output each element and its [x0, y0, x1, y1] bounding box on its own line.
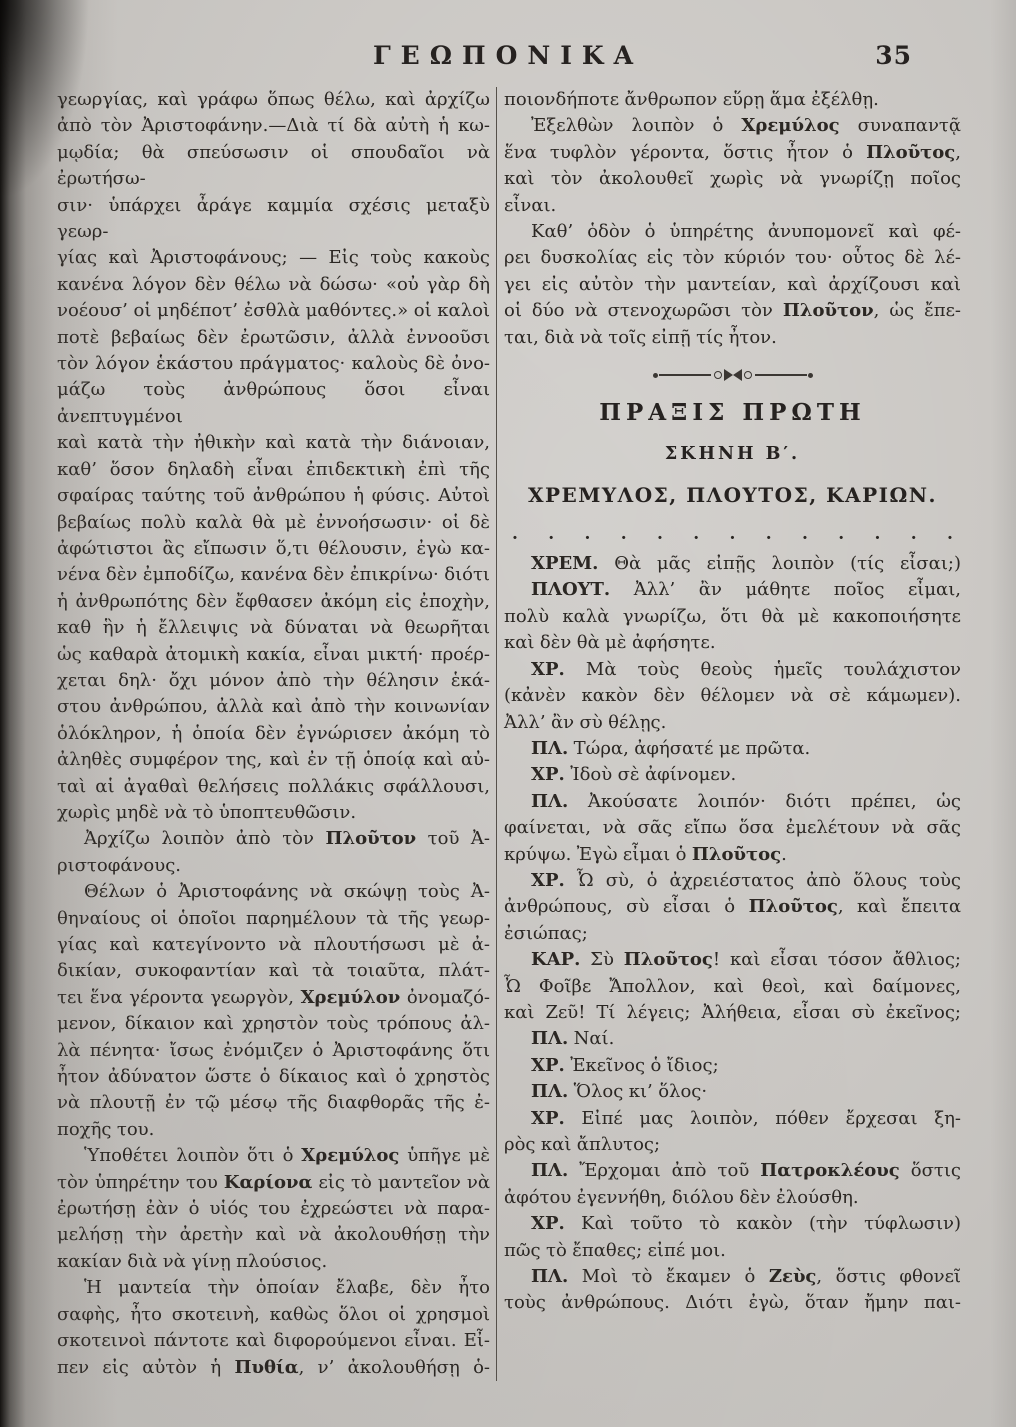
text-line: λὰ πένητα· ἴσως ἐνόμιζεν ὁ Ἀριστοφάνης ὅ… [57, 1038, 490, 1064]
text-run: Μὰ τοὺς θεοὺς ἡμεῖς τουλάχιστον [565, 659, 961, 680]
text-run: ἦτον ἀδύνατον ὥστε ὁ δίκαιος καὶ ὁ χρηστ… [57, 1066, 490, 1087]
ellipsis-dots-row: ............. [504, 525, 961, 543]
text-line: Ἐξελθὼν λοιπὸν ὁ Χρεμύλος συναπαντᾷ [504, 113, 961, 139]
text-run: Ἀλλ’ ἂν σὺ θέλῃς. [504, 712, 666, 733]
emphasized-name: Ζεὺς [769, 1266, 817, 1287]
emphasized-name: ΧΡ. [531, 1108, 565, 1129]
text-line: Ὦ Φοῖβε Ἄπολλον, καὶ θεοὶ, καὶ δαίμονες, [504, 974, 961, 1000]
text-run: θηναίους οἱ ὁποῖοι παρημέλουν τὰ τῆς γεω… [57, 908, 490, 929]
text-run: Ἐκεῖνος ὁ ἴδιος; [565, 1055, 719, 1076]
paragraph: Ἀρχίζω λοιπὸν ἀπὸ τὸν Πλοῦτον τοῦ Ἀ-ριστ… [57, 826, 490, 879]
text-line: πῶς τὸ ἔπαθες; εἰπέ μοι. [504, 1238, 961, 1264]
text-line: ἀφότου ἐγεννήθη, διόλου δὲν ἐλούσθη. [504, 1185, 961, 1211]
text-run: τει ἕνα γέροντα γεωργὸν, [57, 987, 301, 1008]
text-line: καθ ἣν ἡ ἔλλειψις νὰ δύναται νὰ θεωρῆται [57, 615, 490, 641]
text-line: ΠΛ. Ὅλος κι’ ὅλος· [504, 1079, 961, 1105]
text-run: σιν· ὑπάρχει ἆράγε καμμία σχέσις μεταξὺ … [57, 195, 490, 242]
text-run: . [781, 844, 787, 865]
paragraph: Ἐξελθὼν λοιπὸν ὁ Χρεμύλος συναπαντᾷἕνα τ… [504, 113, 961, 219]
text-line: ἕνα τυφλὸν γέροντα, ὅστις ἦτον ὁ Πλοῦτος… [504, 140, 961, 166]
text-run: σκοτεινοὶ πάντοτε καὶ διφορούμενοι εἶναι… [57, 1330, 490, 1351]
text-line: γίας καὶ κατεγίνοντο νὰ πλουτήσωσι μὲ ἀ- [57, 932, 490, 958]
emphasized-name: ΠΛ. [531, 1160, 568, 1181]
text-run: Ὦ Φοῖβε Ἄπολλον, καὶ θεοὶ, καὶ δαίμονες, [504, 976, 961, 997]
text-line: γεωργίας, καὶ γράφω ὅπως θέλω, καὶ ἀρχίζ… [57, 87, 490, 113]
text-run: χεται δηλ· ὄχι μόνον ἀπὸ τὴν θέλησιν ἑκά… [57, 670, 490, 691]
ornament-part [755, 374, 807, 376]
text-line: νοέουσ’ οἱ μηδέποτ’ ἐσθλὰ μαθόντες.» οἱ … [57, 298, 490, 324]
paragraph: Καθ’ ὁδὸν ὁ ὑπηρέτης ἀνυπομονεῖ καὶ φέ-ρ… [504, 219, 961, 351]
text-run: τοῦ Ἀ- [416, 828, 490, 849]
text-run: Ἐξελθὼν λοιπὸν ὁ [531, 115, 741, 136]
emphasized-name: ΠΛ. [531, 791, 568, 812]
text-run: Θέλων ὁ Ἀριστοφάνης νὰ σκώψῃ τοὺς Ἀ- [84, 881, 490, 902]
text-run: πεν εἰς αὐτὸν ἡ [57, 1357, 235, 1378]
text-line: ΧΡ. Ἰδοὺ σὲ ἀφίνομεν. [504, 762, 961, 788]
text-line: καὶ κατὰ τὴν ἠθικὴν καὶ κατὰ τὴν διάνοια… [57, 430, 490, 456]
text-run: οἱ δύο νὰ στενοχωρῶσι τὸν [504, 300, 783, 321]
text-run: κακίαν διὰ νὰ γίνῃ πλούσιος. [57, 1251, 327, 1272]
emphasized-name: ΧΡ. [531, 764, 565, 785]
emphasized-name: Χρεμύλον [301, 987, 401, 1008]
paragraph: ΚΑΡ. Σὺ Πλοῦτος! καὶ εἶσαι τόσον ἄθλιος;… [504, 947, 961, 1026]
text-run: γει εἰς αὐτὸν τὴν μαντείαν, καὶ ἀρχίζουσ… [504, 274, 961, 295]
emphasized-name: Πλοῦτος [692, 844, 781, 865]
scene-heading: ΣΚΗΝΗ Β′. [504, 442, 961, 466]
text-run: Ὅλος κι’ ὅλος· [568, 1081, 707, 1102]
text-run: τὸν ὑπηρέτην του [57, 1172, 224, 1193]
text-line: καὶ δὲν θὰ μὲ ἀφήσητε. [504, 630, 961, 656]
emphasized-name: Πλοῦτον [783, 300, 874, 321]
text-line: ΧΡ. Εἰπέ μας λοιπὸν, πόθεν ἔρχεσαι ξη- [504, 1106, 961, 1132]
text-run: καὶ δὲν θὰ μὲ ἀφήσητε. [504, 632, 716, 653]
text-line: οἱ δύο νὰ στενοχωρῶσι τὸν Πλοῦτον, ὡς ἔπ… [504, 298, 961, 324]
paragraph: γεωργίας, καὶ γράφω ὅπως θέλω, καὶ ἀρχίζ… [57, 87, 490, 826]
emphasized-name: ΧΡ. [531, 1055, 565, 1076]
text-line: ἐσιώπας; [504, 921, 961, 947]
text-line: Ἡ μαντεία τὴν ὁποίαν ἔλαβε, δὲν ἦτο [57, 1275, 490, 1301]
emphasized-name: Χρεμύλος [301, 1145, 399, 1166]
text-line: ρὸς καὶ ἄπλυτος; [504, 1132, 961, 1158]
text-line: καὶ Ζεῦ! Τί λέγεις; Ἀλήθεια, εἶσαι σὺ ἐκ… [504, 1000, 961, 1026]
text-run: νὰ πλουτῇ ἐν τῷ μέσῳ τῆς διαφθορᾶς τῆς ἐ… [57, 1092, 490, 1113]
text-line: ἀληθὲς συμφέρον της, καὶ ἐν τῇ ὁποίᾳ καὶ… [57, 747, 490, 773]
text-run: γεωργίας, καὶ γράφω ὅπως θέλω, καὶ ἀρχίζ… [57, 89, 490, 110]
page-edge-shade [990, 0, 1016, 1427]
text-line: ἦτον ἀδύνατον ὥστε ὁ δίκαιος καὶ ὁ χρηστ… [57, 1064, 490, 1090]
emphasized-name: Καρίονα [224, 1172, 313, 1193]
emphasized-name: ΧΡΕΜ. [531, 553, 598, 574]
text-line: σκοτεινοὶ πάντοτε καὶ διφορούμενοι εἶναι… [57, 1328, 490, 1354]
emphasized-name: Χρεμύλος [741, 115, 839, 136]
text-run: Σὺ [580, 949, 623, 970]
text-line: πολὺ καλὰ γνωρίζω, ὅτι θὰ μὲ κακοποιήσητ… [504, 604, 961, 630]
text-line: σαφὴς, ἦτο σκοτεινὴ, καθὼς ὅλοι οἱ χρησμ… [57, 1302, 490, 1328]
text-columns: γεωργίας, καὶ γράφω ὅπως θέλω, καὶ ἀρχίζ… [57, 87, 961, 1381]
text-line: ΠΛΟΥΤ. Ἀλλ’ ἂν μάθητε ποῖος εἶμαι, [504, 577, 961, 603]
paragraph: ποιονδήποτε ἄνθρωπον εὕρῃ ἅμα ἐξέλθῃ. [504, 87, 961, 113]
text-line: νένα δὲν ἐμποδίζω, κανένα δὲν ἐπικρίνω· … [57, 562, 490, 588]
text-run: ται, διὰ νὰ τοῖς εἰπῇ τίς ἦτον. [504, 327, 777, 348]
text-run: ! καὶ εἶσαι τόσον ἄθλιος; [713, 949, 961, 970]
dot-glyph: . [657, 525, 663, 543]
text-line: μάζω τοὺς ἀνθρώπους ὅσοι εἶναι ἀνεπτυγμέ… [57, 377, 490, 430]
text-run: μάζω τοὺς ἀνθρώπους ὅσοι εἶναι ἀνεπτυγμέ… [57, 379, 490, 426]
paragraph: ΧΡ. Ὦ σὺ, ὁ ἀχρειέστατος ἀπὸ ὅλους τοὺςἀ… [504, 868, 961, 947]
text-run: , καὶ ἔπειτα [838, 896, 961, 917]
ornament-part [653, 373, 658, 378]
text-line: ΧΡΕΜ. Θὰ μᾶς εἰπῇς λοιπὸν (τίς εἶσαι;) [504, 551, 961, 577]
text-run: ὅστις [900, 1160, 961, 1181]
text-line: μελήσῃ τὴν ἀρετὴν καὶ νὰ ἀκολουθήσῃ τὴν [57, 1222, 490, 1248]
text-run: καθ’ ὅσον δηλαδὴ εἶναι ἐπιδεκτικὴ ἐπὶ τῆ… [57, 459, 490, 480]
dot-glyph: . [585, 525, 591, 543]
text-line: ποχῆς του. [57, 1117, 490, 1143]
paragraph: ΧΡΕΜ. Θὰ μᾶς εἰπῇς λοιπὸν (τίς εἶσαι;) [504, 551, 961, 577]
text-run: Ἔρχομαι ἀπὸ τοῦ [568, 1160, 760, 1181]
emphasized-name: ΠΛ. [531, 1266, 568, 1287]
text-run: Ἀλλ’ ἂν μάθητε ποῖος εἶμαι, [610, 579, 961, 600]
text-run: ἀφώτιστοι ἂς εἴπωσιν ὅ,τι θέλουσιν, ἐγὼ … [57, 538, 490, 559]
text-run: σαφὴς, ἦτο σκοτεινὴ, καθὼς ὅλοι οἱ χρησμ… [57, 1304, 490, 1325]
text-line: μῳδία; θὰ σπεύσωσιν οἱ σπουδαῖοι νὰ ἐρωτ… [57, 140, 490, 193]
emphasized-name: Πλοῦτον [325, 828, 416, 849]
paragraph: Θέλων ὁ Ἀριστοφάνης νὰ σκώψῃ τοὺς Ἀ-θηνα… [57, 879, 490, 1143]
dot-glyph: . [512, 525, 518, 543]
paragraph: ΠΛ. Ἔρχομαι ἀπὸ τοῦ Πατροκλέους ὅστιςἀφό… [504, 1158, 961, 1211]
dot-glyph: . [693, 525, 699, 543]
text-line: ται, διὰ νὰ τοῖς εἰπῇ τίς ἦτον. [504, 325, 961, 351]
text-run: κανένα λόγον δὲν θέλω νὰ δώσω· «οὐ γὰρ δ… [57, 274, 490, 295]
text-run: ρὸς καὶ ἄπλυτος; [504, 1134, 660, 1155]
text-run: τὸν λόγον ἑκάστου πράγματος· καλοὺς δὲ ὀ… [57, 353, 490, 374]
text-run: ἐρωτήσῃ ἐὰν ὁ υἱός του ἐχρεώστει νὰ παρα… [57, 1198, 490, 1219]
paragraph: ΧΡ. Ἰδοὺ σὲ ἀφίνομεν. [504, 762, 961, 788]
ornament-part [744, 371, 752, 379]
text-line: ἀνθρώπους, σὺ εἶσαι ὁ Πλοῦτος, καὶ ἔπειτ… [504, 894, 961, 920]
text-line: Θέλων ὁ Ἀριστοφάνης νὰ σκώψῃ τοὺς Ἀ- [57, 879, 490, 905]
ornament-part [808, 373, 813, 378]
text-run: Ὦ σὺ, ὁ ἀχρειέστατος ἀπὸ ὅλους τοὺς [565, 870, 961, 891]
emphasized-name: Πυθία [235, 1357, 299, 1378]
text-line: νὰ πλουτῇ ἐν τῷ μέσῳ τῆς διαφθορᾶς τῆς ἐ… [57, 1090, 490, 1116]
text-run: Εἰπέ μας λοιπὸν, πόθεν ἔρχεσαι ξη- [565, 1108, 961, 1129]
paragraph: ΧΡ. Εἰπέ μας λοιπὸν, πόθεν ἔρχεσαι ξη-ρὸ… [504, 1106, 961, 1159]
text-run: λὰ πένητα· ἴσως ἐνόμιζεν ὁ Ἀριστοφάνης ὅ… [57, 1040, 490, 1061]
dot-glyph: . [875, 525, 881, 543]
emphasized-name: Πατροκλέους [760, 1160, 899, 1181]
text-line: γει εἰς αὐτὸν τὴν μαντείαν, καὶ ἀρχίζουσ… [504, 272, 961, 298]
paragraph: ΠΛ. Τώρα, ἀφήσατέ με πρῶτα. [504, 736, 961, 762]
text-line: ὁλόκληρον, ἡ ὁποία δὲν ἐγνώρισεν ἀκόμη τ… [57, 721, 490, 747]
text-line: εἶναι. [504, 193, 961, 219]
text-run: βεβαίως πολὺ καλὰ θὰ μὲ ἐννοήσωσιν· οἱ δ… [57, 512, 490, 533]
ornament-part [724, 369, 733, 381]
text-run: μενον, δίκαιον καὶ χρηστὸν τοὺς τρόπους … [57, 1013, 490, 1034]
paragraph: ΠΛ. Μοὶ τὸ ἔκαμεν ὁ Ζεὺς, ὅστις φθονεῖτο… [504, 1264, 961, 1317]
paragraph: ΧΡ. Ἐκεῖνος ὁ ἴδιος; [504, 1053, 961, 1079]
text-run: γίας καὶ κατεγίνοντο νὰ πλουτήσωσι μὲ ἀ- [57, 934, 490, 955]
paragraph: Ὑποθέτει λοιπὸν ὅτι ὁ Χρεμύλος ὑπῆγε μὲτ… [57, 1143, 490, 1275]
paragraph: ΧΡ. Καὶ τοῦτο τὸ κακὸν (τὴν τύφλωσιν)πῶς… [504, 1211, 961, 1264]
text-line: χεται δηλ· ὄχι μόνον ἀπὸ τὴν θέλησιν ἑκά… [57, 668, 490, 694]
text-line: φαίνεται, νὰ σᾶς εἴπω ὅσα ἐμελέτουν νὰ σ… [504, 815, 961, 841]
text-run: , ὡς ἔπε- [874, 300, 961, 321]
text-line: ὡς καθαρὰ ἀτομικὴ κακία, εἶναι μικτή· πρ… [57, 642, 490, 668]
text-run: Τώρα, ἀφήσατέ με πρῶτα. [568, 738, 810, 759]
text-run: ταὶ αἱ ἀγαθαὶ θελήσεις πολλάκις σφάλλουσ… [57, 776, 490, 797]
text-run: Ἰδοὺ σὲ ἀφίνομεν. [565, 764, 737, 785]
text-run: μῳδία; θὰ σπεύσωσιν οἱ σπουδαῖοι νὰ ἐρωτ… [57, 142, 490, 189]
emphasized-name: ΠΛΟΥΤ. [531, 579, 610, 600]
text-line: γίας καὶ Ἀριστοφάνους; — Εἰς τοὺς κακοὺς [57, 245, 490, 271]
text-line: Καθ’ ὁδὸν ὁ ὑπηρέτης ἀνυπομονεῖ καὶ φέ- [504, 219, 961, 245]
text-run: νοέουσ’ οἱ μηδέποτ’ ἐσθλὰ μαθόντες.» οἱ … [57, 300, 490, 321]
dot-glyph: . [947, 525, 953, 543]
text-run: καθ ἣν ἡ ἔλλειψις νὰ δύναται νὰ θεωρῆται [57, 617, 490, 638]
emphasized-name: ΧΡ. [531, 870, 565, 891]
text-run: Ἀκούσατε λοιπόν· διότι πρέπει, ὡς [568, 791, 961, 812]
paragraph: ΠΛ. Ὅλος κι’ ὅλος· [504, 1079, 961, 1105]
text-line: ΧΡ. Ὦ σὺ, ὁ ἀχρειέστατος ἀπὸ ὅλους τοὺς [504, 868, 961, 894]
text-line: ἀπὸ τὸν Ἀριστοφάνην.—Διὰ τί δὰ αὐτὴ ἡ κω… [57, 113, 490, 139]
text-line: ΚΑΡ. Σὺ Πλοῦτος! καὶ εἶσαι τόσον ἄθλιος; [504, 947, 961, 973]
text-line: ΠΛ. Τώρα, ἀφήσατέ με πρῶτα. [504, 736, 961, 762]
emphasized-name: ΠΛ. [531, 738, 568, 759]
text-run: πῶς τὸ ἔπαθες; εἰπέ μοι. [504, 1240, 726, 1261]
text-run: ὁλόκληρον, ἡ ὁποία δὲν ἐγνώρισεν ἀκόμη τ… [57, 723, 490, 744]
emphasized-name: ΧΡ. [531, 659, 565, 680]
text-run: , ὅστις φθονεῖ [816, 1266, 961, 1287]
text-line: ἐρωτήσῃ ἐὰν ὁ υἱός του ἐχρεώστει νὰ παρα… [57, 1196, 490, 1222]
text-run: ἀνθρώπους, σὺ εἶσαι ὁ [504, 896, 749, 917]
text-line: καὶ τὸν ἀκολουθεῖ χωρὶς νὰ γνωρίζῃ ποῖος [504, 166, 961, 192]
text-line: μενον, δίκαιον καὶ χρηστὸν τοὺς τρόπους … [57, 1011, 490, 1037]
text-run: Ἀρχίζω λοιπὸν ἀπὸ τὸν [84, 828, 325, 849]
paragraph: ΠΛ. Ναί. [504, 1026, 961, 1052]
page-number: 35 [875, 41, 912, 70]
paragraph: ΧΡ. Μὰ τοὺς θεοὺς ἡμεῖς τουλάχιστον(κἀνὲ… [504, 657, 961, 736]
column-divider-rule [496, 87, 497, 1381]
text-line: ΠΛ. Ναί. [504, 1026, 961, 1052]
text-line: ἀφώτιστοι ἂς εἴπωσιν ὅ,τι θέλουσιν, ἐγὼ … [57, 536, 490, 562]
text-run: ὀνομαζό- [400, 987, 490, 1008]
text-run: καὶ κατὰ τὴν ἠθικὴν καὶ κατὰ τὴν διάνοια… [57, 432, 490, 453]
text-run: εἰς τὸ μαντεῖον νὰ [312, 1172, 490, 1193]
text-run: ἀπὸ τὸν Ἀριστοφάνην.—Διὰ τί δὰ αὐτὴ ἡ κω… [57, 115, 490, 136]
text-line: (κἀνὲν κακὸν δὲν θέλομεν νὰ σὲ κάμωμεν). [504, 683, 961, 709]
text-line: ΠΛ. Ἀκούσατε λοιπόν· διότι πρέπει, ὡς [504, 789, 961, 815]
text-run: χωρὶς μηδὲ νὰ τὸ ὑποπτευθῶσιν. [57, 802, 356, 823]
fleuron-divider-icon [504, 368, 961, 382]
text-line: χωρὶς μηδὲ νὰ τὸ ὑποπτευθῶσιν. [57, 800, 490, 826]
text-run: ποιονδήποτε ἄνθρωπον εὕρῃ ἅμα ἐξέλθῃ. [504, 89, 879, 110]
text-run: Ὑποθέτει λοιπὸν ὅτι ὁ [84, 1145, 301, 1166]
text-line: ΠΛ. Μοὶ τὸ ἔκαμεν ὁ Ζεὺς, ὅστις φθονεῖ [504, 1264, 961, 1290]
text-run: Καὶ τοῦτο τὸ κακὸν (τὴν τύφλωσιν) [565, 1213, 961, 1234]
characters-heading: ΧΡΕΜΥΛΟΣ, ΠΛΟΥΤΟΣ, ΚΑΡΙΩΝ. [504, 482, 961, 509]
text-line: δικίαν, συκοφαντίαν καὶ τὰ τοιαῦτα, πλάτ… [57, 958, 490, 984]
text-line: ἡ ἀνθρωπότης δὲν ἔφθασεν ἀκόμη εἰς ἐποχὴ… [57, 589, 490, 615]
dot-glyph: . [730, 525, 736, 543]
text-run: στου ἀνθρώπου, ἀλλὰ καὶ ἀπὸ τὴν κοινωνία… [57, 696, 490, 717]
text-line: Ἀρχίζω λοιπὸν ἀπὸ τὸν Πλοῦτον τοῦ Ἀ- [57, 826, 490, 852]
text-line: ταὶ αἱ ἀγαθαὶ θελήσεις πολλάκις σφάλλουσ… [57, 774, 490, 800]
text-line: ΠΛ. Ἔρχομαι ἀπὸ τοῦ Πατροκλέους ὅστις [504, 1158, 961, 1184]
emphasized-name: Πλοῦτος [624, 949, 713, 970]
dot-glyph: . [621, 525, 627, 543]
ornament-part [714, 371, 722, 379]
text-run: συναπαντᾷ [840, 115, 961, 136]
text-line: τοὺς ἀνθρώπους. Διότι ἐγὼ, ὅταν ἤμην παι… [504, 1290, 961, 1316]
text-run: ποτὲ βεβαίως δὲν ἐρωτῶσιν, ἀλλὰ ἐννοοῦσι [57, 327, 490, 348]
text-run: ὡς καθαρὰ ἀτομικὴ κακία, εἶναι μικτή· πρ… [57, 644, 490, 665]
text-run: ἀφότου ἐγεννήθη, διόλου δὲν ἐλούσθη. [504, 1187, 859, 1208]
text-line: ποτὲ βεβαίως δὲν ἐρωτῶσιν, ἀλλὰ ἐννοοῦσι [57, 325, 490, 351]
text-run: Ναί. [568, 1028, 614, 1049]
right-column: ποιονδήποτε ἄνθρωπον εὕρῃ ἅμα ἐξέλθῃ.Ἐξε… [504, 87, 961, 1381]
dot-glyph: . [838, 525, 844, 543]
running-head-title: ΓΕΩΠΟΝΙΚΑ [0, 41, 1016, 70]
text-run: Θὰ μᾶς εἰπῇς λοιπὸν (τίς εἶσαι;) [598, 553, 961, 574]
ornament-part [733, 369, 742, 381]
text-line: θηναίους οἱ ὁποῖοι παρημέλουν τὰ τῆς γεω… [57, 906, 490, 932]
text-run: κρύψω. Ἐγὼ εἶμαι ὁ [504, 844, 692, 865]
text-run: πολὺ καλὰ γνωρίζω, ὅτι θὰ μὲ κακοποιήσητ… [504, 606, 961, 627]
dot-glyph: . [766, 525, 772, 543]
dot-glyph: . [802, 525, 808, 543]
emphasized-name: ΧΡ. [531, 1213, 565, 1234]
text-run: ἡ ἀνθρωπότης δὲν ἔφθασεν ἀκόμη εἰς ἐποχὴ… [57, 591, 490, 612]
emphasized-name: ΚΑΡ. [531, 949, 580, 970]
text-line: Ὑποθέτει λοιπὸν ὅτι ὁ Χρεμύλος ὑπῆγε μὲ [57, 1143, 490, 1169]
text-line: ΧΡ. Ἐκεῖνος ὁ ἴδιος; [504, 1053, 961, 1079]
text-run: ριστοφάνους. [57, 855, 181, 876]
text-line: κακίαν διὰ νὰ γίνῃ πλούσιος. [57, 1249, 490, 1275]
text-run: μελήσῃ τὴν ἀρετὴν καὶ νὰ ἀκολουθήσῃ τὴν [57, 1224, 490, 1245]
text-line: καθ’ ὅσον δηλαδὴ εἶναι ἐπιδεκτικὴ ἐπὶ τῆ… [57, 457, 490, 483]
text-run: καὶ Ζεῦ! Τί λέγεις; Ἀλήθεια, εἶσαι σὺ ἐκ… [504, 1002, 961, 1023]
text-line: ρει δυσκολίας εἰς τὸν κύριόν του· οὗτος … [504, 245, 961, 271]
text-run: ἐσιώπας; [504, 923, 588, 944]
text-line: ΧΡ. Καὶ τοῦτο τὸ κακὸν (τὴν τύφλωσιν) [504, 1211, 961, 1237]
book-page-scan: ΓΕΩΠΟΝΙΚΑ 35 γεωργίας, καὶ γράφω ὅπως θέ… [0, 0, 1016, 1427]
paragraph: ΠΛΟΥΤ. Ἀλλ’ ἂν μάθητε ποῖος εἶμαι,πολὺ κ… [504, 577, 961, 656]
text-run: Καθ’ ὁδὸν ὁ ὑπηρέτης ἀνυπομονεῖ καὶ φέ- [531, 221, 961, 242]
dot-glyph: . [911, 525, 917, 543]
text-run: Μοὶ τὸ ἔκαμεν ὁ [568, 1266, 769, 1287]
text-line: ποιονδήποτε ἄνθρωπον εὕρῃ ἅμα ἐξέλθῃ. [504, 87, 961, 113]
text-line: σφαίρας ταύτης τοῦ ἀνθρώπου ἡ φύσις. Αὐτ… [57, 483, 490, 509]
text-run: δικίαν, συκοφαντίαν καὶ τὰ τοιαῦτα, πλάτ… [57, 960, 490, 981]
text-line: ΧΡ. Μὰ τοὺς θεοὺς ἡμεῖς τουλάχιστον [504, 657, 961, 683]
text-run: νένα δὲν ἐμποδίζω, κανένα δὲν ἐπικρίνω· … [57, 564, 490, 585]
text-run: καὶ τὸν ἀκολουθεῖ χωρὶς νὰ γνωρίζῃ ποῖος [504, 168, 961, 189]
emphasized-name: Πλοῦτος [749, 896, 838, 917]
text-run: ἕνα τυφλὸν γέροντα, ὅστις ἦτον ὁ [504, 142, 866, 163]
act-heading: ΠΡΑΞΙΣ ΠΡΩΤΗ [504, 398, 961, 428]
text-line: τει ἕνα γέροντα γεωργὸν, Χρεμύλον ὀνομαζ… [57, 985, 490, 1011]
text-line: πεν εἰς αὐτὸν ἡ Πυθία, ν’ ἀκολουθήσῃ ὁ- [57, 1355, 490, 1381]
text-run: , [955, 142, 961, 163]
text-line: σιν· ὑπάρχει ἆράγε καμμία σχέσις μεταξὺ … [57, 193, 490, 246]
text-run: τοὺς ἀνθρώπους. Διότι ἐγὼ, ὅταν ἤμην παι… [504, 1292, 961, 1313]
dot-glyph: . [548, 525, 554, 543]
text-line: κανένα λόγον δὲν θέλω νὰ δώσω· «οὐ γὰρ δ… [57, 272, 490, 298]
text-line: τὸν ὑπηρέτην του Καρίονα εἰς τὸ μαντεῖον… [57, 1170, 490, 1196]
text-line: Ἀλλ’ ἂν σὺ θέλῃς. [504, 710, 961, 736]
emphasized-name: ΠΛ. [531, 1028, 568, 1049]
text-line: ριστοφάνους. [57, 853, 490, 879]
text-run: σφαίρας ταύτης τοῦ ἀνθρώπου ἡ φύσις. Αὐτ… [57, 485, 490, 506]
text-run: (κἀνὲν κακὸν δὲν θέλομεν νὰ σὲ κάμωμεν). [504, 685, 961, 706]
text-run: ἀληθὲς συμφέρον της, καὶ ἐν τῇ ὁποίᾳ καὶ… [57, 749, 490, 770]
emphasized-name: Πλοῦτος [866, 142, 955, 163]
paragraph: Ἡ μαντεία τὴν ὁποίαν ἔλαβε, δὲν ἦτοσαφὴς… [57, 1275, 490, 1381]
text-run: ποχῆς του. [57, 1119, 154, 1140]
emphasized-name: ΠΛ. [531, 1081, 568, 1102]
text-run: ρει δυσκολίας εἰς τὸν κύριόν του· οὗτος … [504, 247, 961, 268]
text-run: γίας καὶ Ἀριστοφάνους; — Εἰς τοὺς κακοὺς [57, 247, 490, 268]
text-run: , ν’ ἀκολουθήσῃ ὁ- [299, 1357, 490, 1378]
text-run: φαίνεται, νὰ σᾶς εἴπω ὅσα ἐμελέτουν νὰ σ… [504, 817, 961, 838]
text-line: τὸν λόγον ἑκάστου πράγματος· καλοὺς δὲ ὀ… [57, 351, 490, 377]
text-line: κρύψω. Ἐγὼ εἶμαι ὁ Πλοῦτος. [504, 842, 961, 868]
left-column: γεωργίας, καὶ γράφω ὅπως θέλω, καὶ ἀρχίζ… [57, 87, 490, 1381]
text-line: στου ἀνθρώπου, ἀλλὰ καὶ ἀπὸ τὴν κοινωνία… [57, 694, 490, 720]
ornament-part [659, 374, 711, 376]
text-run: ὑπῆγε μὲ [399, 1145, 490, 1166]
paragraph: ΠΛ. Ἀκούσατε λοιπόν· διότι πρέπει, ὡςφαί… [504, 789, 961, 868]
text-line: βεβαίως πολὺ καλὰ θὰ μὲ ἐννοήσωσιν· οἱ δ… [57, 510, 490, 536]
text-run: εἶναι. [504, 195, 556, 216]
text-run: Ἡ μαντεία τὴν ὁποίαν ἔλαβε, δὲν ἦτο [84, 1277, 490, 1298]
